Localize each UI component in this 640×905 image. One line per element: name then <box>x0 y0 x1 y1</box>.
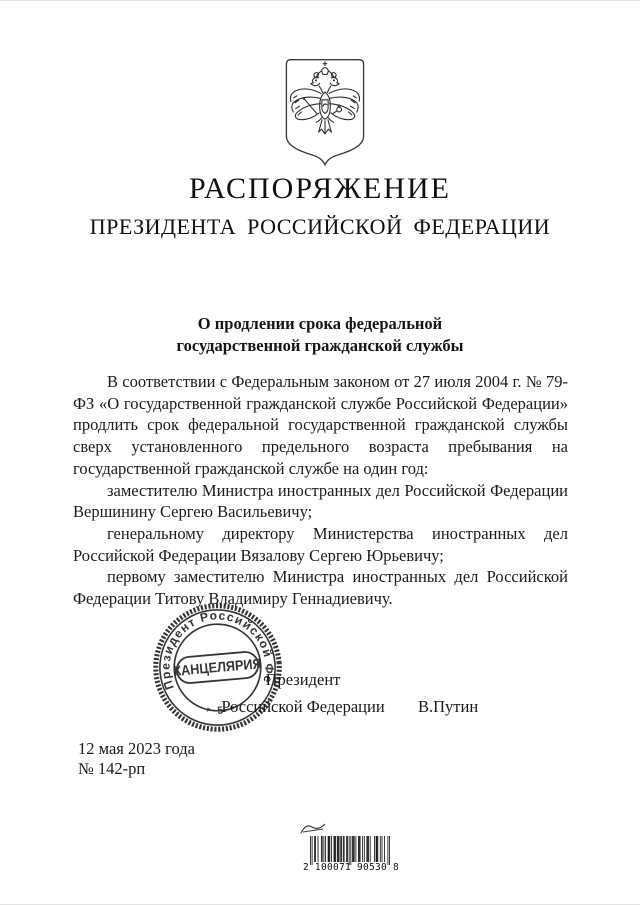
document-page: РАСПОРЯЖЕНИЕ ПРЕЗИДЕНТА РОССИЙСКОЙ ФЕДЕР… <box>0 0 640 905</box>
body-paragraph: генеральному директору Министерства инос… <box>73 523 568 566</box>
scribble-mark-icon <box>300 820 327 835</box>
signature-name: В.Путин <box>418 697 478 717</box>
signature-title: Президент Российской Федерации <box>203 667 403 720</box>
barcode-digits: 2 100071 90530 8 <box>303 862 399 873</box>
barcode-bars <box>310 836 390 865</box>
document-issuer-line: ПРЕЗИДЕНТА РОССИЙСКОЙ ФЕДЕРАЦИИ <box>0 214 640 240</box>
document-type-title: РАСПОРЯЖЕНИЕ <box>0 172 640 206</box>
coat-of-arms-icon <box>283 57 367 167</box>
subject-line-2: государственной гражданской службы <box>70 335 570 357</box>
issue-date: 12 мая 2023 года <box>78 739 195 759</box>
subject-line-1: О продлении срока федеральной <box>70 313 570 335</box>
signature-title-line-2: Российской Федерации <box>203 694 403 721</box>
subject-heading: О продлении срока федеральной государств… <box>70 313 570 356</box>
barcode-digit-group: 2 <box>303 862 309 873</box>
barcode-digit-group: 8 <box>393 862 399 873</box>
body-paragraph: заместителю Министра иностранных дел Рос… <box>73 480 568 523</box>
document-number: № 142-рп <box>78 759 145 779</box>
barcode-digit-group: 100071 <box>315 862 351 873</box>
signature-title-line-1: Президент <box>203 667 403 694</box>
barcode-digit-group: 90530 <box>357 862 387 873</box>
document-body: В соответствии с Федеральным законом от … <box>73 371 568 610</box>
body-paragraph: В соответствии с Федеральным законом от … <box>73 371 568 480</box>
